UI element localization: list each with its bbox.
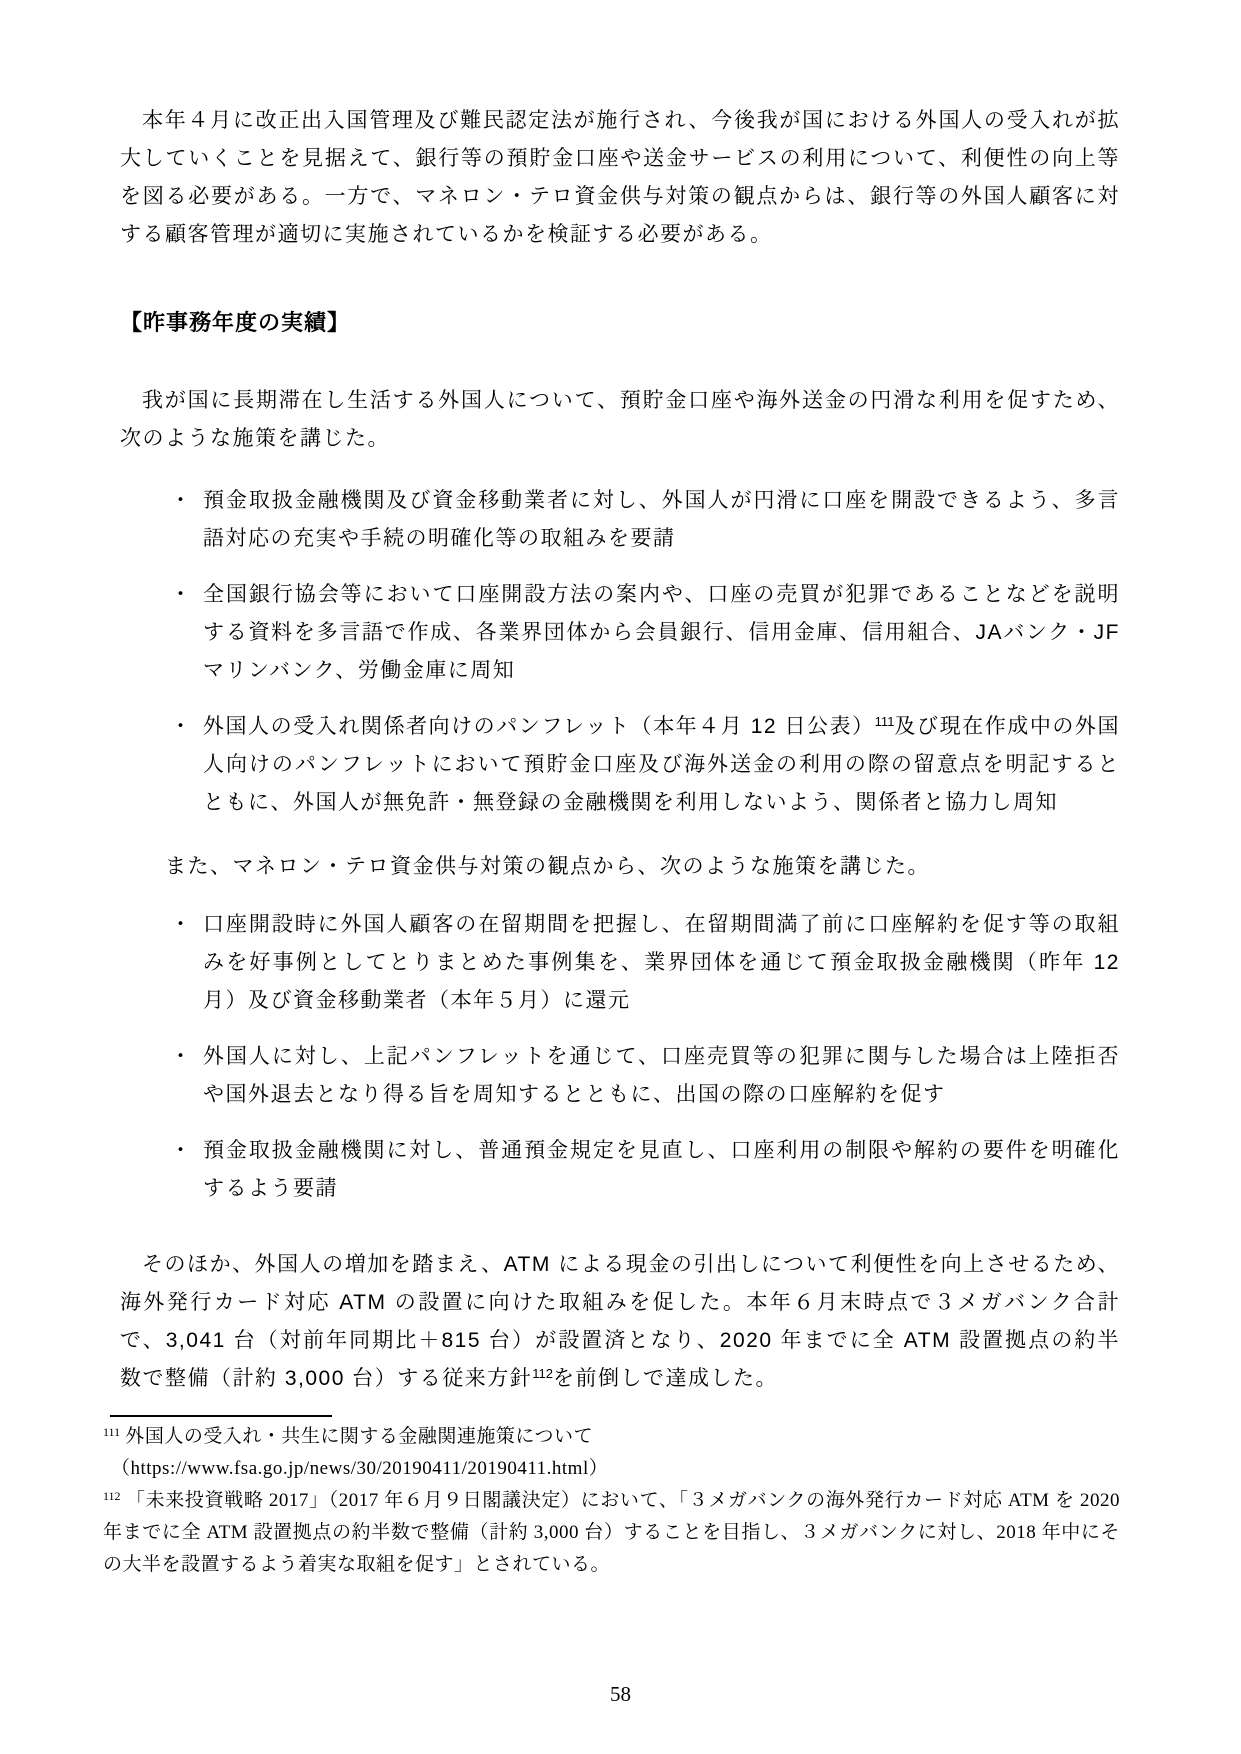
section-heading: 【昨事務年度の実績】 <box>120 304 1120 342</box>
lead-paragraph: 我が国に長期滞在し生活する外国人について、預貯金口座や海外送金の円滑な利用を促す… <box>120 382 1120 458</box>
list-item: ・外国人の受入れ関係者向けのパンフレット（本年４月 12 日公表）111及び現在… <box>203 708 1120 822</box>
bullet-icon: ・ <box>170 906 191 944</box>
bullet-icon: ・ <box>170 576 191 614</box>
footnote-ref-112: 112 <box>532 1366 553 1381</box>
list-item-text: 預金取扱金融機関及び資金移動業者に対し、外国人が円滑に口座を開設できるよう、多言… <box>203 489 1120 550</box>
support-measures-list: ・預金取扱金融機関及び資金移動業者に対し、外国人が円滑に口座を開設できるよう、多… <box>120 482 1120 822</box>
list-item: ・預金取扱金融機関に対し、普通預金規定を見直し、口座利用の制限や解約の要件を明確… <box>203 1132 1120 1208</box>
closing-paragraph: そのほか、外国人の増加を踏まえ、ATM による現金の引出しについて利便性を向上さ… <box>120 1246 1120 1398</box>
page-number: 58 <box>0 1682 1241 1707</box>
bullet-icon: ・ <box>170 1038 191 1076</box>
list-item-text: 外国人の受入れ関係者向けのパンフレット（本年４月 12 日公表）111及び現在作… <box>203 715 1120 814</box>
aml-lead-paragraph: また、マネロン・テロ資金供与対策の観点から、次のような施策を講じた。 <box>120 848 1120 886</box>
footnote-number: 112 <box>103 1489 121 1503</box>
footnote-text: 「未来投資戦略 2017」（2017 年６月９日閣議決定）において、「３メガバン… <box>103 1490 1120 1575</box>
footnote-111-url: （https://www.fsa.go.jp/news/30/20190411/… <box>103 1453 1120 1485</box>
footnote-separator <box>110 1415 332 1417</box>
bullet-icon: ・ <box>170 1132 191 1170</box>
list-item: ・外国人に対し、上記パンフレットを通じて、口座売買等の犯罪に関与した場合は上陸拒… <box>203 1038 1120 1114</box>
bullet-icon: ・ <box>170 482 191 520</box>
list-item-text: 全国銀行協会等において口座開設方法の案内や、口座の売買が犯罪であることなどを説明… <box>203 583 1120 682</box>
footnote-112: 112 「未来投資戦略 2017」（2017 年６月９日閣議決定）において、「３… <box>103 1485 1120 1581</box>
footnote-url-text: （https://www.fsa.go.jp/news/30/20190411/… <box>111 1458 608 1479</box>
list-item-text: 口座開設時に外国人顧客の在留期間を把握し、在留期間満了前に口座解約を促す等の取組… <box>203 913 1120 1012</box>
footnote-111: 111 外国人の受入れ・共生に関する金融関連施策について <box>103 1421 1120 1453</box>
bullet-icon: ・ <box>170 708 191 746</box>
footnote-text: 外国人の受入れ・共生に関する金融関連施策について <box>125 1426 593 1447</box>
page-content: 本年４月に改正出入国管理及び難民認定法が施行され、今後我が国における外国人の受入… <box>0 0 1241 1581</box>
intro-paragraph: 本年４月に改正出入国管理及び難民認定法が施行され、今後我が国における外国人の受入… <box>120 102 1120 254</box>
closing-paragraph-segment: を前倒しで達成した。 <box>553 1367 778 1390</box>
list-item: ・全国銀行協会等において口座開設方法の案内や、口座の売買が犯罪であることなどを説… <box>203 576 1120 690</box>
footnote-number: 111 <box>103 1425 120 1439</box>
list-item-text-segment: 外国人の受入れ関係者向けのパンフレット（本年４月 12 日公表） <box>203 715 875 738</box>
list-item-text: 外国人に対し、上記パンフレットを通じて、口座売買等の犯罪に関与した場合は上陸拒否… <box>203 1045 1120 1106</box>
list-item: ・預金取扱金融機関及び資金移動業者に対し、外国人が円滑に口座を開設できるよう、多… <box>203 482 1120 558</box>
aml-measures-list: ・口座開設時に外国人顧客の在留期間を把握し、在留期間満了前に口座解約を促す等の取… <box>120 906 1120 1208</box>
footnote-ref-111: 111 <box>875 714 895 729</box>
list-item-text: 預金取扱金融機関に対し、普通預金規定を見直し、口座利用の制限や解約の要件を明確化… <box>203 1139 1120 1200</box>
list-item: ・口座開設時に外国人顧客の在留期間を把握し、在留期間満了前に口座解約を促す等の取… <box>203 906 1120 1020</box>
footnote-area: 111 外国人の受入れ・共生に関する金融関連施策について （https://ww… <box>103 1415 1120 1581</box>
document-page: 本年４月に改正出入国管理及び難民認定法が施行され、今後我が国における外国人の受入… <box>0 0 1241 1754</box>
